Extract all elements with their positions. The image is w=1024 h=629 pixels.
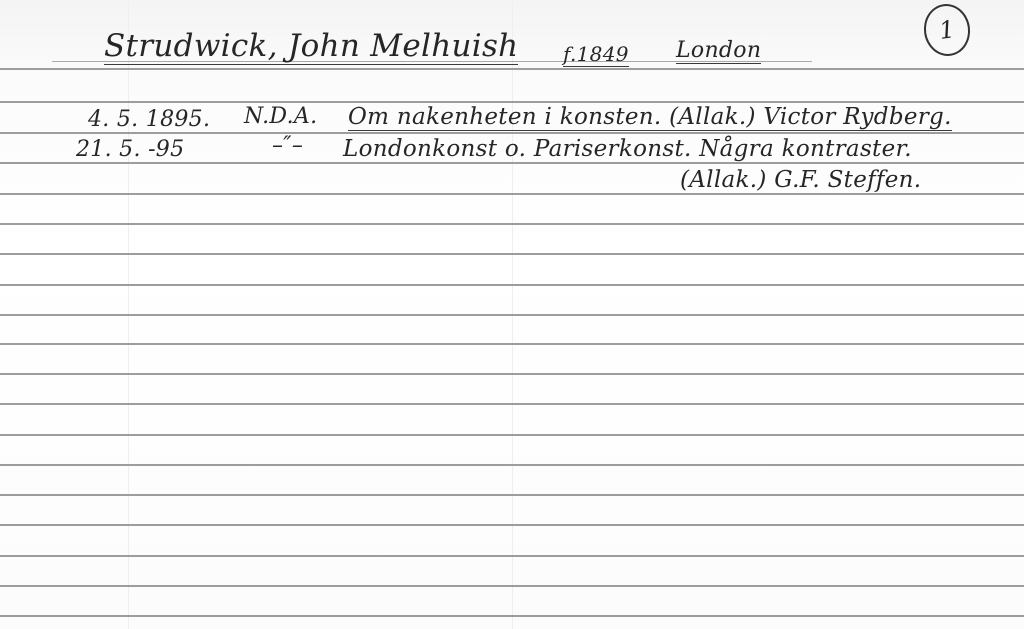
ruled-line — [0, 373, 1024, 375]
ruled-line — [0, 101, 1024, 103]
ruled-line — [0, 464, 1024, 466]
ruled-line — [0, 403, 1024, 405]
birth-place: London — [676, 38, 761, 64]
entry-title-continuation: (Allak.) G.F. Steffen. — [680, 167, 921, 193]
ruled-line — [0, 343, 1024, 345]
subject-name: Strudwick, John Melhuish — [104, 28, 518, 64]
ruled-line — [0, 615, 1024, 617]
card-number: 1 — [937, 15, 956, 45]
ruled-line — [0, 132, 1024, 134]
ruled-line — [0, 555, 1024, 557]
subject-name-text: Strudwick, John Melhuish — [104, 28, 518, 65]
ruled-line — [0, 223, 1024, 225]
ruled-line — [0, 253, 1024, 255]
header-rule — [0, 68, 1024, 70]
ruled-line — [0, 524, 1024, 526]
ruled-line — [0, 162, 1024, 164]
entry-date: 4. 5. 1895. — [88, 107, 210, 132]
ruled-line — [0, 585, 1024, 587]
ruled-line — [0, 193, 1024, 195]
index-card: Strudwick, John Melhuish f.1849 London 1… — [0, 0, 1024, 629]
entry-title: Londonkonst o. Pariserkonst. Några kontr… — [343, 136, 912, 162]
ruled-line — [0, 434, 1024, 436]
entry-source: N.D.A. — [244, 104, 317, 129]
ruled-line — [0, 314, 1024, 316]
entry-source-ditto: –″– — [272, 133, 303, 158]
birth-year: f.1849 — [563, 42, 629, 67]
entry-date: 21. 5. -95 — [76, 137, 184, 162]
ruled-line — [0, 284, 1024, 286]
ruled-line — [0, 494, 1024, 496]
card-number-circle: 1 — [921, 1, 974, 59]
entry-title: Om nakenheten i konsten. (Allak.) Victor… — [348, 104, 952, 131]
